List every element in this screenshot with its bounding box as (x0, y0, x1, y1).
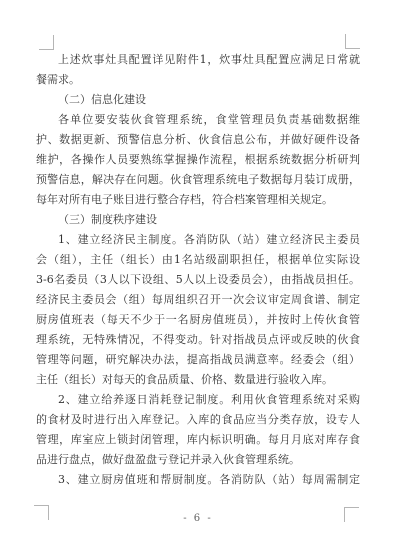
text-line: 会（组），主任（组长）由1名站级副职担任，根据单位实际设 (36, 250, 360, 270)
text-line: 品进行盘点，做好盘盈盘亏登记并录入伙食管理系统。 (36, 450, 360, 470)
document-body: 上述炊事灶具配置详见附件1，炊事灶具配置应满足日常就 餐需求。 （二）信息化建设… (36, 50, 360, 490)
text-line: 主任（组长）对每天的食品质量、价格、数量进行验收入库。 (36, 370, 360, 390)
text-line: 3、建立厨房值班和帮厨制度。各消防队（站）每周需制定 (36, 470, 360, 490)
text-line: 经济民主委员会（组）每周组织召开一次会议审定周食谱、制定 (36, 290, 360, 310)
text-line: 理系统，无特殊情况，不得变动。针对指战员点评或反映的伙食 (36, 330, 360, 350)
document-page: 上述炊事灶具配置详见附件1，炊事灶具配置应满足日常就 餐需求。 （二）信息化建设… (0, 0, 396, 558)
text-line: 护、数据更新、预警信息分析、伙食信息公布，并做好硬件设备 (36, 130, 360, 150)
section-heading: （三）制度秩序建设 (36, 210, 360, 230)
text-line: 1、建立经济民主制度。各消防队（站）建立经济民主委员 (36, 230, 360, 250)
text-line: 管理，库室应上锁封闭管理，库内标识明确。每月月底对库存食 (36, 430, 360, 450)
text-line: 各单位要安装伙食管理系统，食堂管理员负责基础数据维 (36, 110, 360, 130)
text-line: 2、建立给养逐日消耗登记制度。利用伙食管理系统对采购 (36, 390, 360, 410)
page-number: - 6 - (0, 513, 396, 524)
text-line: 维护，各操作人员要熟练掌握操作流程，根据系统数据分析研判 (36, 150, 360, 170)
text-line: 预警信息，解决存在问题。伙食管理系统电子数据每月装订成册， (36, 170, 360, 190)
text-line: 3-6名委员（3人以下设组、5人以上设委员会），由指战员担任。 (36, 270, 360, 290)
section-heading: （二）信息化建设 (36, 90, 360, 110)
text-line: 上述炊事灶具配置详见附件1，炊事灶具配置应满足日常就 (36, 50, 360, 70)
text-line: 的食材及时进行出入库登记。入库的食品应当分类存放，设专人 (36, 410, 360, 430)
crop-mark-top-right-icon (345, 34, 360, 49)
text-line: 餐需求。 (36, 70, 360, 90)
text-line: 管理等问题，研究解决办法，提高指战员满意率。经委会（组） (36, 350, 360, 370)
text-line: 每年对所有电子账目进行整合存档，符合档案管理相关规定。 (36, 190, 360, 210)
crop-mark-top-left-icon (39, 35, 54, 50)
text-line: 厨房值班表（每天不少于一名厨房值班员），并按时上传伙食管 (36, 310, 360, 330)
